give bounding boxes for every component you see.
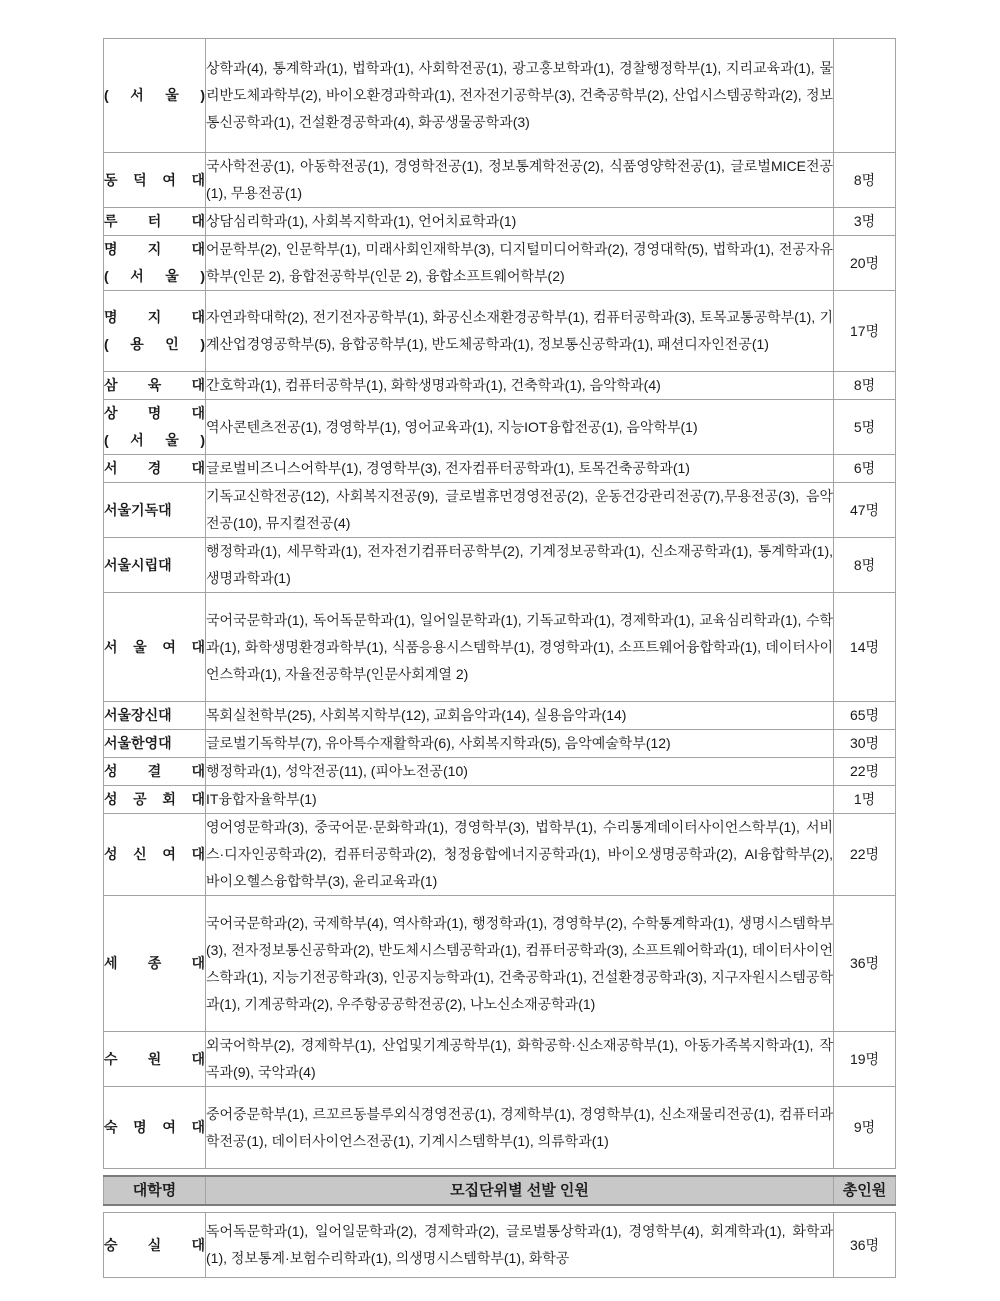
university-name: 서울시립대 xyxy=(104,552,205,579)
units-cell: 역사콘텐츠전공(1), 경영학부(1), 영어교육과(1), 지능IOT융합전공… xyxy=(206,400,834,455)
total-cell: 1명 xyxy=(834,786,896,814)
units-cell: 자연과학대학(2), 전기전자공학부(1), 화공신소재환경공학부(1), 컴퓨… xyxy=(206,291,834,372)
university-name-cell: 서울시립대 xyxy=(104,538,206,593)
units-cell: 행정학과(1), 성악전공(11), (피아노전공(10) xyxy=(206,758,834,786)
total-cell: 47명 xyxy=(834,483,896,538)
total-cell: 8명 xyxy=(834,372,896,400)
total-cell: 20명 xyxy=(834,236,896,291)
table-row: 성 결 대 행정학과(1), 성악전공(11), (피아노전공(10) 22명 xyxy=(104,758,896,786)
university-name-cell: 세 종 대 xyxy=(104,896,206,1032)
table-row: 서울장신대 목회실천학부(25), 사회복지학부(12), 교회음악과(14),… xyxy=(104,702,896,730)
university-name-cell: 명 지 대 ( 용 인 ) xyxy=(104,291,206,372)
table-row: 명 지 대 ( 용 인 ) 자연과학대학(2), 전기전자공학부(1), 화공신… xyxy=(104,291,896,372)
university-name-cell: 명 지 대 ( 서 울 ) xyxy=(104,236,206,291)
total-cell: 30명 xyxy=(834,730,896,758)
table-row: ( 서 울 ) 상학과(4), 통계학과(1), 법학과(1), 사회학전공(1… xyxy=(104,39,896,153)
header-units: 모집단위별 선발 인원 xyxy=(206,1176,834,1205)
university-name-cell: 삼 육 대 xyxy=(104,372,206,400)
university-campus: ( 용 인 ) xyxy=(104,331,205,358)
document-page: ( 서 울 ) 상학과(4), 통계학과(1), 법학과(1), 사회학전공(1… xyxy=(0,0,1000,1301)
admissions-table: ( 서 울 ) 상학과(4), 통계학과(1), 법학과(1), 사회학전공(1… xyxy=(103,38,896,1169)
header-total: 총인원 xyxy=(834,1176,896,1205)
table-row: 성 신 여 대 영어영문학과(3), 중국어문·문화학과(1), 경영학부(3)… xyxy=(104,814,896,896)
university-name-cell: 서울한영대 xyxy=(104,730,206,758)
university-name: 서울장신대 xyxy=(104,702,205,729)
units-cell: 중어중문학부(1), 르꼬르동블루외식경영전공(1), 경제학부(1), 경영학… xyxy=(206,1087,834,1169)
table-row: 서울기독대 기독교신학전공(12), 사회복지전공(9), 글로벌휴먼경영전공(… xyxy=(104,483,896,538)
table-row: 동 덕 여 대 국사학전공(1), 아동학전공(1), 경영학전공(1), 정보… xyxy=(104,153,896,208)
university-name: 서울한영대 xyxy=(104,730,205,757)
university-name: 루 터 대 xyxy=(104,208,205,235)
units-cell: 어문학부(2), 인문학부(1), 미래사회인재학부(3), 디지털미디어학과(… xyxy=(206,236,834,291)
university-name-cell: 동 덕 여 대 xyxy=(104,153,206,208)
units-cell: 상담심리학과(1), 사회복지학과(1), 언어치료학과(1) xyxy=(206,208,834,236)
total-cell: 22명 xyxy=(834,758,896,786)
table-row: 성 공 회 대 IT융합자율학부(1) 1명 xyxy=(104,786,896,814)
total-cell: 8명 xyxy=(834,538,896,593)
university-name-cell: 상 명 대 ( 서 울 ) xyxy=(104,400,206,455)
university-name: 서울기독대 xyxy=(104,497,205,524)
university-name: 명 지 대 xyxy=(104,236,205,263)
units-cell: 독어독문학과(1), 일어일문학과(2), 경제학과(2), 글로벌통상학과(1… xyxy=(206,1213,834,1278)
units-cell: 글로벌기독학부(7), 유아특수재활학과(6), 사회복지학과(5), 음악예술… xyxy=(206,730,834,758)
units-cell: 목회실천학부(25), 사회복지학부(12), 교회음악과(14), 실용음악과… xyxy=(206,702,834,730)
header-university: 대학명 xyxy=(104,1176,206,1205)
table-row: 서 경 대 글로벌비즈니스어학부(1), 경영학부(3), 전자컴퓨터공학과(1… xyxy=(104,455,896,483)
total-cell: 17명 xyxy=(834,291,896,372)
table-row: 명 지 대 ( 서 울 ) 어문학부(2), 인문학부(1), 미래사회인재학부… xyxy=(104,236,896,291)
university-name: 숙 명 여 대 xyxy=(104,1114,205,1141)
total-cell: 14명 xyxy=(834,593,896,702)
university-name-cell: 숭 실 대 xyxy=(104,1213,206,1278)
university-name-cell: 서울기독대 xyxy=(104,483,206,538)
total-cell: 65명 xyxy=(834,702,896,730)
university-name: 삼 육 대 xyxy=(104,372,205,399)
units-cell: 간호학과(1), 컴퓨터공학부(1), 화학생명과학과(1), 건축학과(1),… xyxy=(206,372,834,400)
university-campus: ( 서 울 ) xyxy=(104,263,205,290)
university-name-cell: 루 터 대 xyxy=(104,208,206,236)
university-name-cell: 서 울 여 대 xyxy=(104,593,206,702)
units-cell: 행정학과(1), 세무학과(1), 전자전기컴퓨터공학부(2), 기계정보공학과… xyxy=(206,538,834,593)
university-name-cell: 숙 명 여 대 xyxy=(104,1087,206,1169)
university-name: 서 울 여 대 xyxy=(104,634,205,661)
total-cell: 5명 xyxy=(834,400,896,455)
university-name: 명 지 대 xyxy=(104,304,205,331)
total-cell: 36명 xyxy=(834,1213,896,1278)
university-name: 세 종 대 xyxy=(104,950,205,977)
table-row: 서울한영대 글로벌기독학부(7), 유아특수재활학과(6), 사회복지학과(5)… xyxy=(104,730,896,758)
table-row: 서 울 여 대 국어국문학과(1), 독어독문학과(1), 일어일문학과(1),… xyxy=(104,593,896,702)
units-cell: 국어국문학과(2), 국제학부(4), 역사학과(1), 행정학과(1), 경영… xyxy=(206,896,834,1032)
units-cell: 국어국문학과(1), 독어독문학과(1), 일어일문학과(1), 기독교학과(1… xyxy=(206,593,834,702)
table-row: 삼 육 대 간호학과(1), 컴퓨터공학부(1), 화학생명과학과(1), 건축… xyxy=(104,372,896,400)
university-name-cell: 성 신 여 대 xyxy=(104,814,206,896)
table-row: 서울시립대 행정학과(1), 세무학과(1), 전자전기컴퓨터공학부(2), 기… xyxy=(104,538,896,593)
table-row: 수 원 대 외국어학부(2), 경제학부(1), 산업및기계공학부(1), 화학… xyxy=(104,1032,896,1087)
university-name-cell: 성 공 회 대 xyxy=(104,786,206,814)
units-cell: 글로벌비즈니스어학부(1), 경영학부(3), 전자컴퓨터공학과(1), 토목건… xyxy=(206,455,834,483)
total-cell: 6명 xyxy=(834,455,896,483)
admissions-table-continued: 숭 실 대 독어독문학과(1), 일어일문학과(2), 경제학과(2), 글로벌… xyxy=(103,1212,896,1278)
units-cell: 기독교신학전공(12), 사회복지전공(9), 글로벌휴먼경영전공(2), 운동… xyxy=(206,483,834,538)
units-cell: IT융합자율학부(1) xyxy=(206,786,834,814)
total-cell: 8명 xyxy=(834,153,896,208)
university-name-cell: 서울장신대 xyxy=(104,702,206,730)
table-row: 숭 실 대 독어독문학과(1), 일어일문학과(2), 경제학과(2), 글로벌… xyxy=(104,1213,896,1278)
total-cell: 9명 xyxy=(834,1087,896,1169)
university-name: ( 서 울 ) xyxy=(104,82,205,109)
university-name-cell: 수 원 대 xyxy=(104,1032,206,1087)
university-name: 성 신 여 대 xyxy=(104,841,205,868)
total-cell: 19명 xyxy=(834,1032,896,1087)
table-row: 세 종 대 국어국문학과(2), 국제학부(4), 역사학과(1), 행정학과(… xyxy=(104,896,896,1032)
university-name: 성 결 대 xyxy=(104,758,205,785)
units-cell: 외국어학부(2), 경제학부(1), 산업및기계공학부(1), 화학공학·신소재… xyxy=(206,1032,834,1087)
university-name: 성 공 회 대 xyxy=(104,786,205,813)
total-cell: 3명 xyxy=(834,208,896,236)
total-cell: 22명 xyxy=(834,814,896,896)
column-header-band: 대학명 모집단위별 선발 인원 총인원 xyxy=(103,1175,896,1206)
total-cell xyxy=(834,39,896,153)
university-name-cell: 서 경 대 xyxy=(104,455,206,483)
university-name: 상 명 대 xyxy=(104,400,205,427)
university-name-cell: ( 서 울 ) xyxy=(104,39,206,153)
units-cell: 국사학전공(1), 아동학전공(1), 경영학전공(1), 정보통계학전공(2)… xyxy=(206,153,834,208)
university-name: 수 원 대 xyxy=(104,1046,205,1073)
university-name-cell: 성 결 대 xyxy=(104,758,206,786)
university-name: 동 덕 여 대 xyxy=(104,167,205,194)
units-cell: 상학과(4), 통계학과(1), 법학과(1), 사회학전공(1), 광고홍보학… xyxy=(206,39,834,153)
university-name: 서 경 대 xyxy=(104,455,205,482)
table-row: 루 터 대 상담심리학과(1), 사회복지학과(1), 언어치료학과(1) 3명 xyxy=(104,208,896,236)
header-row: 대학명 모집단위별 선발 인원 총인원 xyxy=(104,1176,896,1205)
table-row: 상 명 대 ( 서 울 ) 역사콘텐츠전공(1), 경영학부(1), 영어교육과… xyxy=(104,400,896,455)
university-name: 숭 실 대 xyxy=(104,1232,205,1259)
total-cell: 36명 xyxy=(834,896,896,1032)
admissions-table-section: ( 서 울 ) 상학과(4), 통계학과(1), 법학과(1), 사회학전공(1… xyxy=(103,38,895,1278)
units-cell: 영어영문학과(3), 중국어문·문화학과(1), 경영학부(3), 법학부(1)… xyxy=(206,814,834,896)
table-row: 숙 명 여 대 중어중문학부(1), 르꼬르동블루외식경영전공(1), 경제학부… xyxy=(104,1087,896,1169)
university-campus: ( 서 울 ) xyxy=(104,427,205,454)
